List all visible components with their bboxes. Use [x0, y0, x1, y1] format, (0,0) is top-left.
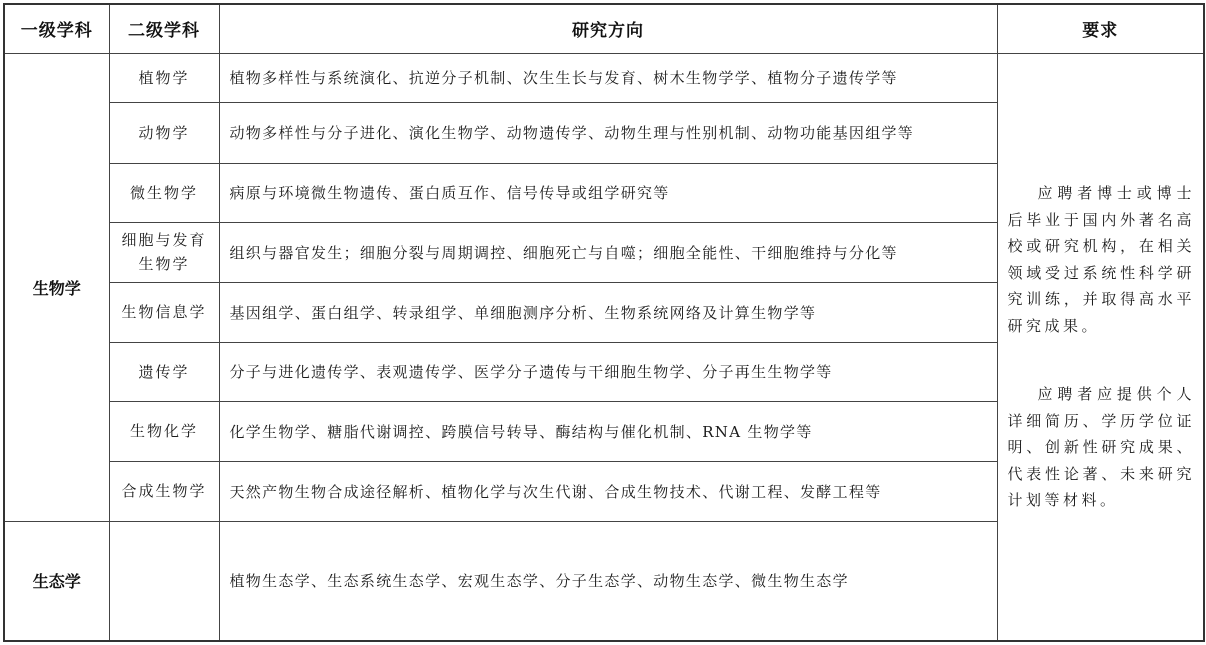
secondary-discipline: 植物学 — [109, 53, 219, 102]
research-direction: 植物生态学、生态系统生态学、宏观生态学、分子生态学、动物生态学、微生物生态学 — [219, 521, 997, 641]
secondary-discipline: 合成生物学 — [109, 461, 219, 521]
secondary-discipline: 细胞与发育生物学 — [109, 222, 219, 282]
header-requirements: 要求 — [997, 4, 1204, 53]
requirement-materials: 应聘者应提供个人详细简历、学历学位证明、创新性研究成果、代表性论著、未来研究计划… — [1008, 381, 1196, 514]
secondary-discipline: 遗传学 — [109, 342, 219, 401]
research-direction: 组织与器官发生；细胞分裂与周期调控、细胞死亡与自噬；细胞全能性、干细胞维持与分化… — [219, 222, 997, 282]
research-direction: 动物多样性与分子进化、演化生物学、动物遗传学、动物生理与性别机制、动物功能基因组… — [219, 102, 997, 163]
research-direction: 分子与进化遗传学、表观遗传学、医学分子遗传与干细胞生物学、分子再生生物学等 — [219, 342, 997, 401]
header-secondary-discipline: 二级学科 — [109, 4, 219, 53]
header-row: 一级学科 二级学科 研究方向 要求 — [4, 4, 1204, 53]
primary-discipline-biology: 生物学 — [4, 53, 109, 521]
header-research-direction: 研究方向 — [219, 4, 997, 53]
secondary-discipline: 动物学 — [109, 102, 219, 163]
secondary-discipline — [109, 521, 219, 641]
research-direction: 基因组学、蛋白组学、转录组学、单细胞测序分析、生物系统网络及计算生物学等 — [219, 282, 997, 342]
research-direction: 化学生物学、糖脂代谢调控、跨膜信号转导、酶结构与催化机制、RNA 生物学等 — [219, 401, 997, 461]
discipline-table: 一级学科 二级学科 研究方向 要求 生物学 植物学 植物多样性与系统演化、抗逆分… — [3, 3, 1205, 642]
research-direction: 天然产物生物合成途径解析、植物化学与次生代谢、合成生物技术、代谢工程、发酵工程等 — [219, 461, 997, 521]
primary-discipline-ecology: 生态学 — [4, 521, 109, 641]
secondary-discipline: 生物化学 — [109, 401, 219, 461]
secondary-discipline: 生物信息学 — [109, 282, 219, 342]
table-row: 生物学 植物学 植物多样性与系统演化、抗逆分子机制、次生生长与发育、树木生物学学… — [4, 53, 1204, 102]
requirement-qualification: 应聘者博士或博士后毕业于国内外著名高校或研究机构，在相关领域受过系统性科学研究训… — [1008, 180, 1196, 339]
requirements-cell: 应聘者博士或博士后毕业于国内外著名高校或研究机构，在相关领域受过系统性科学研究训… — [997, 53, 1204, 641]
research-direction: 植物多样性与系统演化、抗逆分子机制、次生生长与发育、树木生物学学、植物分子遗传学… — [219, 53, 997, 102]
research-direction: 病原与环境微生物遗传、蛋白质互作、信号传导或组学研究等 — [219, 163, 997, 222]
secondary-discipline: 微生物学 — [109, 163, 219, 222]
header-primary-discipline: 一级学科 — [4, 4, 109, 53]
